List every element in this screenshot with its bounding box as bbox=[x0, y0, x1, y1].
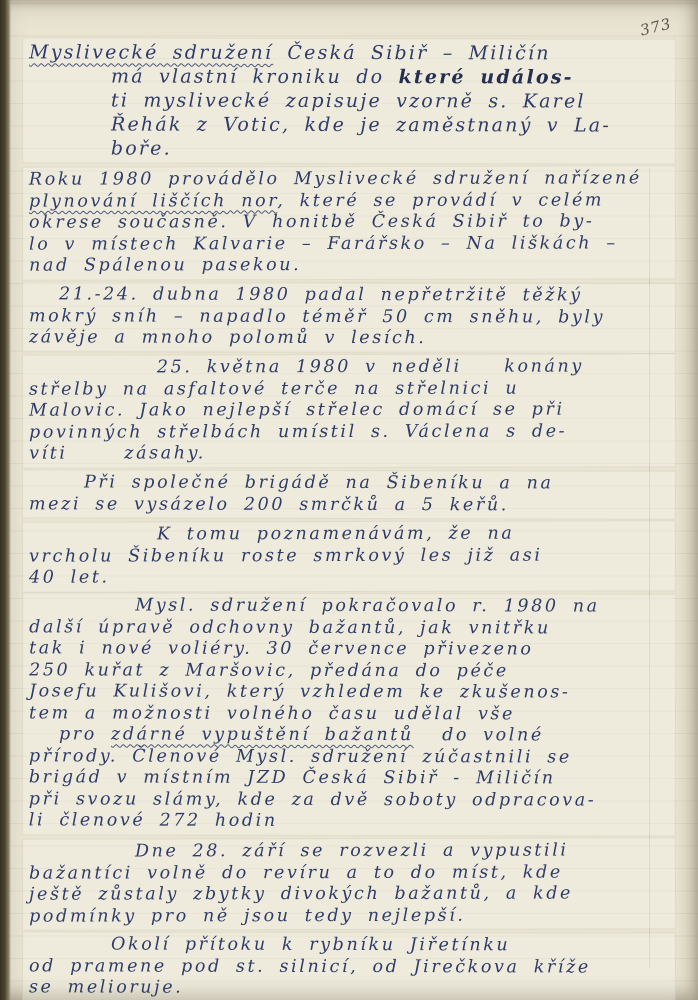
handwritten-line: 25. května 1980 v neděli konány bbox=[157, 356, 669, 379]
text-segment: Okolí přítoku k rybníku Jiřetínku bbox=[111, 934, 510, 955]
handwritten-line: mezi se vysázelo 200 smrčků a 5 keřů. bbox=[29, 493, 669, 516]
handwritten-line: plynování liščích nor, které se provádí … bbox=[29, 190, 669, 213]
text-segment: závěje a mnoho polomů v lesích. bbox=[29, 327, 427, 348]
paragraph: Při společné brigádě na Šibeníku a namez… bbox=[22, 469, 676, 519]
text-segment: bažantíci volně do revíru a to do míst, … bbox=[29, 862, 563, 883]
text-segment: další úpravě odchovny bažantů, jak vnitř… bbox=[29, 617, 551, 638]
handwritten-line: okrese současně. V honitbě Česká Sibiř t… bbox=[29, 211, 669, 234]
handwritten-line: ještě zůstaly zbytky divokých bažantů, a… bbox=[29, 883, 669, 906]
text-segment: při svozu slámy, kde za dvě soboty odpra… bbox=[29, 789, 597, 810]
paragraph: K tomu poznamenávám, že navrcholu Šibení… bbox=[22, 520, 676, 592]
handwritten-line: brigád v místním JZD Česká Sibiř - Milič… bbox=[29, 767, 669, 790]
heading-paragraph: Myslivecké sdružení Česká Sibiř – Miličí… bbox=[22, 37, 676, 164]
paragraph: Okolí přítoku k rybníku Jiřetínkuod pram… bbox=[22, 931, 676, 1000]
text-segment: tem a možnosti volného času udělal vše bbox=[29, 703, 515, 724]
text-segment: do volné bbox=[414, 725, 544, 745]
handwritten-line: 40 let. bbox=[29, 566, 669, 589]
handwritten-line: ti myslivecké zapisuje vzorně s. Karel bbox=[111, 89, 669, 114]
handwritten-line: při svozu slámy, kde za dvě soboty odpra… bbox=[29, 789, 669, 812]
text-segment: K tomu poznamenávám, že na bbox=[157, 523, 514, 544]
handwritten-line: li členové 272 hodin bbox=[29, 810, 669, 833]
text-segment: Roku 1980 provádělo Myslivecké sdružení … bbox=[29, 168, 642, 189]
handwritten-line: lo v místech Kalvarie – Farářsko – Na li… bbox=[29, 233, 669, 256]
text-segment: Řehák z Votic, kde je zaměstnaný v La- bbox=[111, 114, 611, 137]
handwritten-line: nad Spálenou pasekou. bbox=[29, 254, 669, 277]
handwritten-line: vrcholu Šibeníku roste smrkový les již a… bbox=[29, 544, 669, 567]
text-segment: 250 kuřat z Maršovic, předána do péče bbox=[29, 660, 509, 681]
page-number: 373 bbox=[639, 14, 674, 39]
paragraph: Mysl. sdružení pokračovalo r. 1980 nadal… bbox=[22, 592, 677, 836]
handwritten-line: Dne 28. září se rozvezli a vypustili bbox=[135, 840, 669, 863]
handwritten-line: K tomu poznamenávám, že na bbox=[157, 523, 669, 546]
text-segment: tak i nové voliéry. 30 července přivezen… bbox=[29, 638, 533, 659]
text-segment: má vlastní kroniku do bbox=[111, 66, 398, 89]
text-segment: pro bbox=[59, 724, 111, 744]
handwritten-line: závěje a mnoho polomů v lesích. bbox=[29, 327, 669, 350]
chronicle-page-photo: 373 Myslivecké sdružení Česká Sibiř – Mi… bbox=[0, 0, 698, 1000]
text-segment: které událos- bbox=[398, 66, 573, 88]
text-segment: Mysl. sdružení pokračovalo r. 1980 na bbox=[135, 596, 599, 617]
handwritten-line: přírody. Členové Mysl. sdružení zúčastni… bbox=[29, 746, 669, 769]
underlined-phrase: Myslivecké sdružení bbox=[29, 41, 273, 64]
text-segment: podmínky pro ně jsou tedy nejlepší. bbox=[29, 905, 466, 926]
text-segment: Malovic. Jako nejlepší střelec domácí se… bbox=[29, 400, 565, 421]
handwritten-line: mokrý sníh – napadlo téměř 50 cm sněhu, … bbox=[29, 305, 669, 328]
handwritten-line: další úpravě odchovny bažantů, jak vnitř… bbox=[29, 617, 669, 640]
paragraph: Dne 28. září se rozvezli a vypustilibaža… bbox=[22, 837, 676, 930]
text-segment: střelby na asfaltové terče na střelnici … bbox=[29, 378, 519, 399]
text-segment: nad Spálenou pasekou. bbox=[29, 255, 301, 276]
text-segment: li členové 272 hodin bbox=[29, 810, 278, 831]
handwritten-line: 21.-24. dubna 1980 padal nepřetržitě těž… bbox=[59, 284, 669, 307]
text-segment: brigád v místním JZD Česká Sibiř - Milič… bbox=[29, 767, 556, 788]
text-segment: ještě zůstaly zbytky divokých bažantů, a… bbox=[29, 883, 573, 904]
text-segment: od pramene pod st. silnicí, od Jirečkova… bbox=[29, 955, 591, 976]
text-segment: přírody. Členové Mysl. sdružení zúčastni… bbox=[29, 746, 572, 767]
text-segment: Dne 28. září se rozvezli a vypustili bbox=[135, 840, 569, 861]
handwritten-line: Okolí přítoku k rybníku Jiřetínku bbox=[111, 934, 669, 957]
handwritten-line: tak i nové voliéry. 30 července přivezen… bbox=[29, 638, 669, 661]
handwritten-line: víti zásahy. bbox=[29, 442, 669, 465]
text-segment: mokrý sníh – napadlo téměř 50 cm sněhu, … bbox=[29, 305, 605, 326]
handwritten-line: bažantíci volně do revíru a to do míst, … bbox=[29, 861, 669, 884]
handwritten-line: Při společné brigádě na Šibeníku a na bbox=[84, 472, 669, 495]
text-segment: ti myslivecké zapisuje vzorně s. Karel bbox=[111, 90, 586, 113]
text-segment: okrese současně. V honitbě Česká Sibiř t… bbox=[29, 211, 594, 232]
manuscript: Myslivecké sdružení Česká Sibiř – Miličí… bbox=[22, 38, 676, 1000]
paragraph: 25. května 1980 v neděli konánystřelby n… bbox=[22, 353, 676, 468]
handwritten-line: Malovic. Jako nejlepší střelec domácí se… bbox=[29, 399, 669, 422]
text-segment: 25. května 1980 v neděli konány bbox=[157, 357, 584, 378]
underlined-phrase: zdárné vypuštění bažantů bbox=[111, 725, 414, 746]
handwritten-line: 250 kuřat z Maršovic, předána do péče bbox=[29, 660, 669, 683]
handwritten-line: tem a možnosti volného času udělal vše bbox=[29, 703, 669, 726]
handwritten-line: se melioruje. bbox=[29, 977, 669, 1000]
text-segment: , které se provádí v celém bbox=[277, 190, 604, 211]
handwritten-line: boře. bbox=[111, 137, 669, 162]
text-segment: povinných střelbách umístil s. Václena s… bbox=[29, 421, 567, 442]
book-spine-edge bbox=[0, 0, 11, 1000]
text-segment: Česká Sibiř – Miličín bbox=[273, 42, 551, 65]
underlined-phrase: plynování liščích nor bbox=[29, 191, 277, 212]
paragraph: Roku 1980 provádělo Myslivecké sdružení … bbox=[22, 165, 676, 280]
text-segment: mezi se vysázelo 200 smrčků a 5 keřů. bbox=[29, 493, 509, 514]
handwritten-line: Roku 1980 provádělo Myslivecké sdružení … bbox=[29, 168, 669, 191]
handwritten-line: Josefu Kulišovi, který vzhledem ke zkuše… bbox=[29, 681, 669, 704]
handwritten-line: podmínky pro ně jsou tedy nejlepší. bbox=[29, 904, 669, 927]
text-segment: lo v místech Kalvarie – Farářsko – Na li… bbox=[29, 233, 618, 254]
handwritten-line: povinných střelbách umístil s. Václena s… bbox=[29, 421, 669, 444]
handwritten-line: od pramene pod st. silnicí, od Jirečkova… bbox=[29, 955, 669, 978]
handwritten-line: Řehák z Votic, kde je zaměstnaný v La- bbox=[111, 113, 669, 138]
text-segment: 40 let. bbox=[29, 567, 110, 587]
text-segment: se melioruje. bbox=[29, 977, 183, 997]
paragraph: 21.-24. dubna 1980 padal nepřetržitě těž… bbox=[22, 281, 676, 353]
handwritten-line: střelby na asfaltové terče na střelnici … bbox=[29, 378, 669, 401]
text-segment: Josefu Kulišovi, který vzhledem ke zkuše… bbox=[29, 681, 570, 702]
text-segment: vrcholu Šibeníku roste smrkový les již a… bbox=[29, 545, 543, 566]
handwritten-line: pro zdárné vypuštění bažantů do volné bbox=[59, 724, 669, 747]
text-segment: 21.-24. dubna 1980 padal nepřetržitě těž… bbox=[59, 284, 583, 305]
text-segment: víti zásahy. bbox=[29, 443, 206, 463]
handwritten-line: má vlastní kroniku do které událos- bbox=[111, 65, 669, 90]
handwritten-line: Mysl. sdružení pokračovalo r. 1980 na bbox=[135, 596, 669, 619]
text-segment: Při společné brigádě na Šibeníku a na bbox=[84, 472, 554, 493]
text-segment: boře. bbox=[111, 138, 172, 160]
handwritten-line: Myslivecké sdružení Česká Sibiř – Miličí… bbox=[29, 40, 669, 65]
